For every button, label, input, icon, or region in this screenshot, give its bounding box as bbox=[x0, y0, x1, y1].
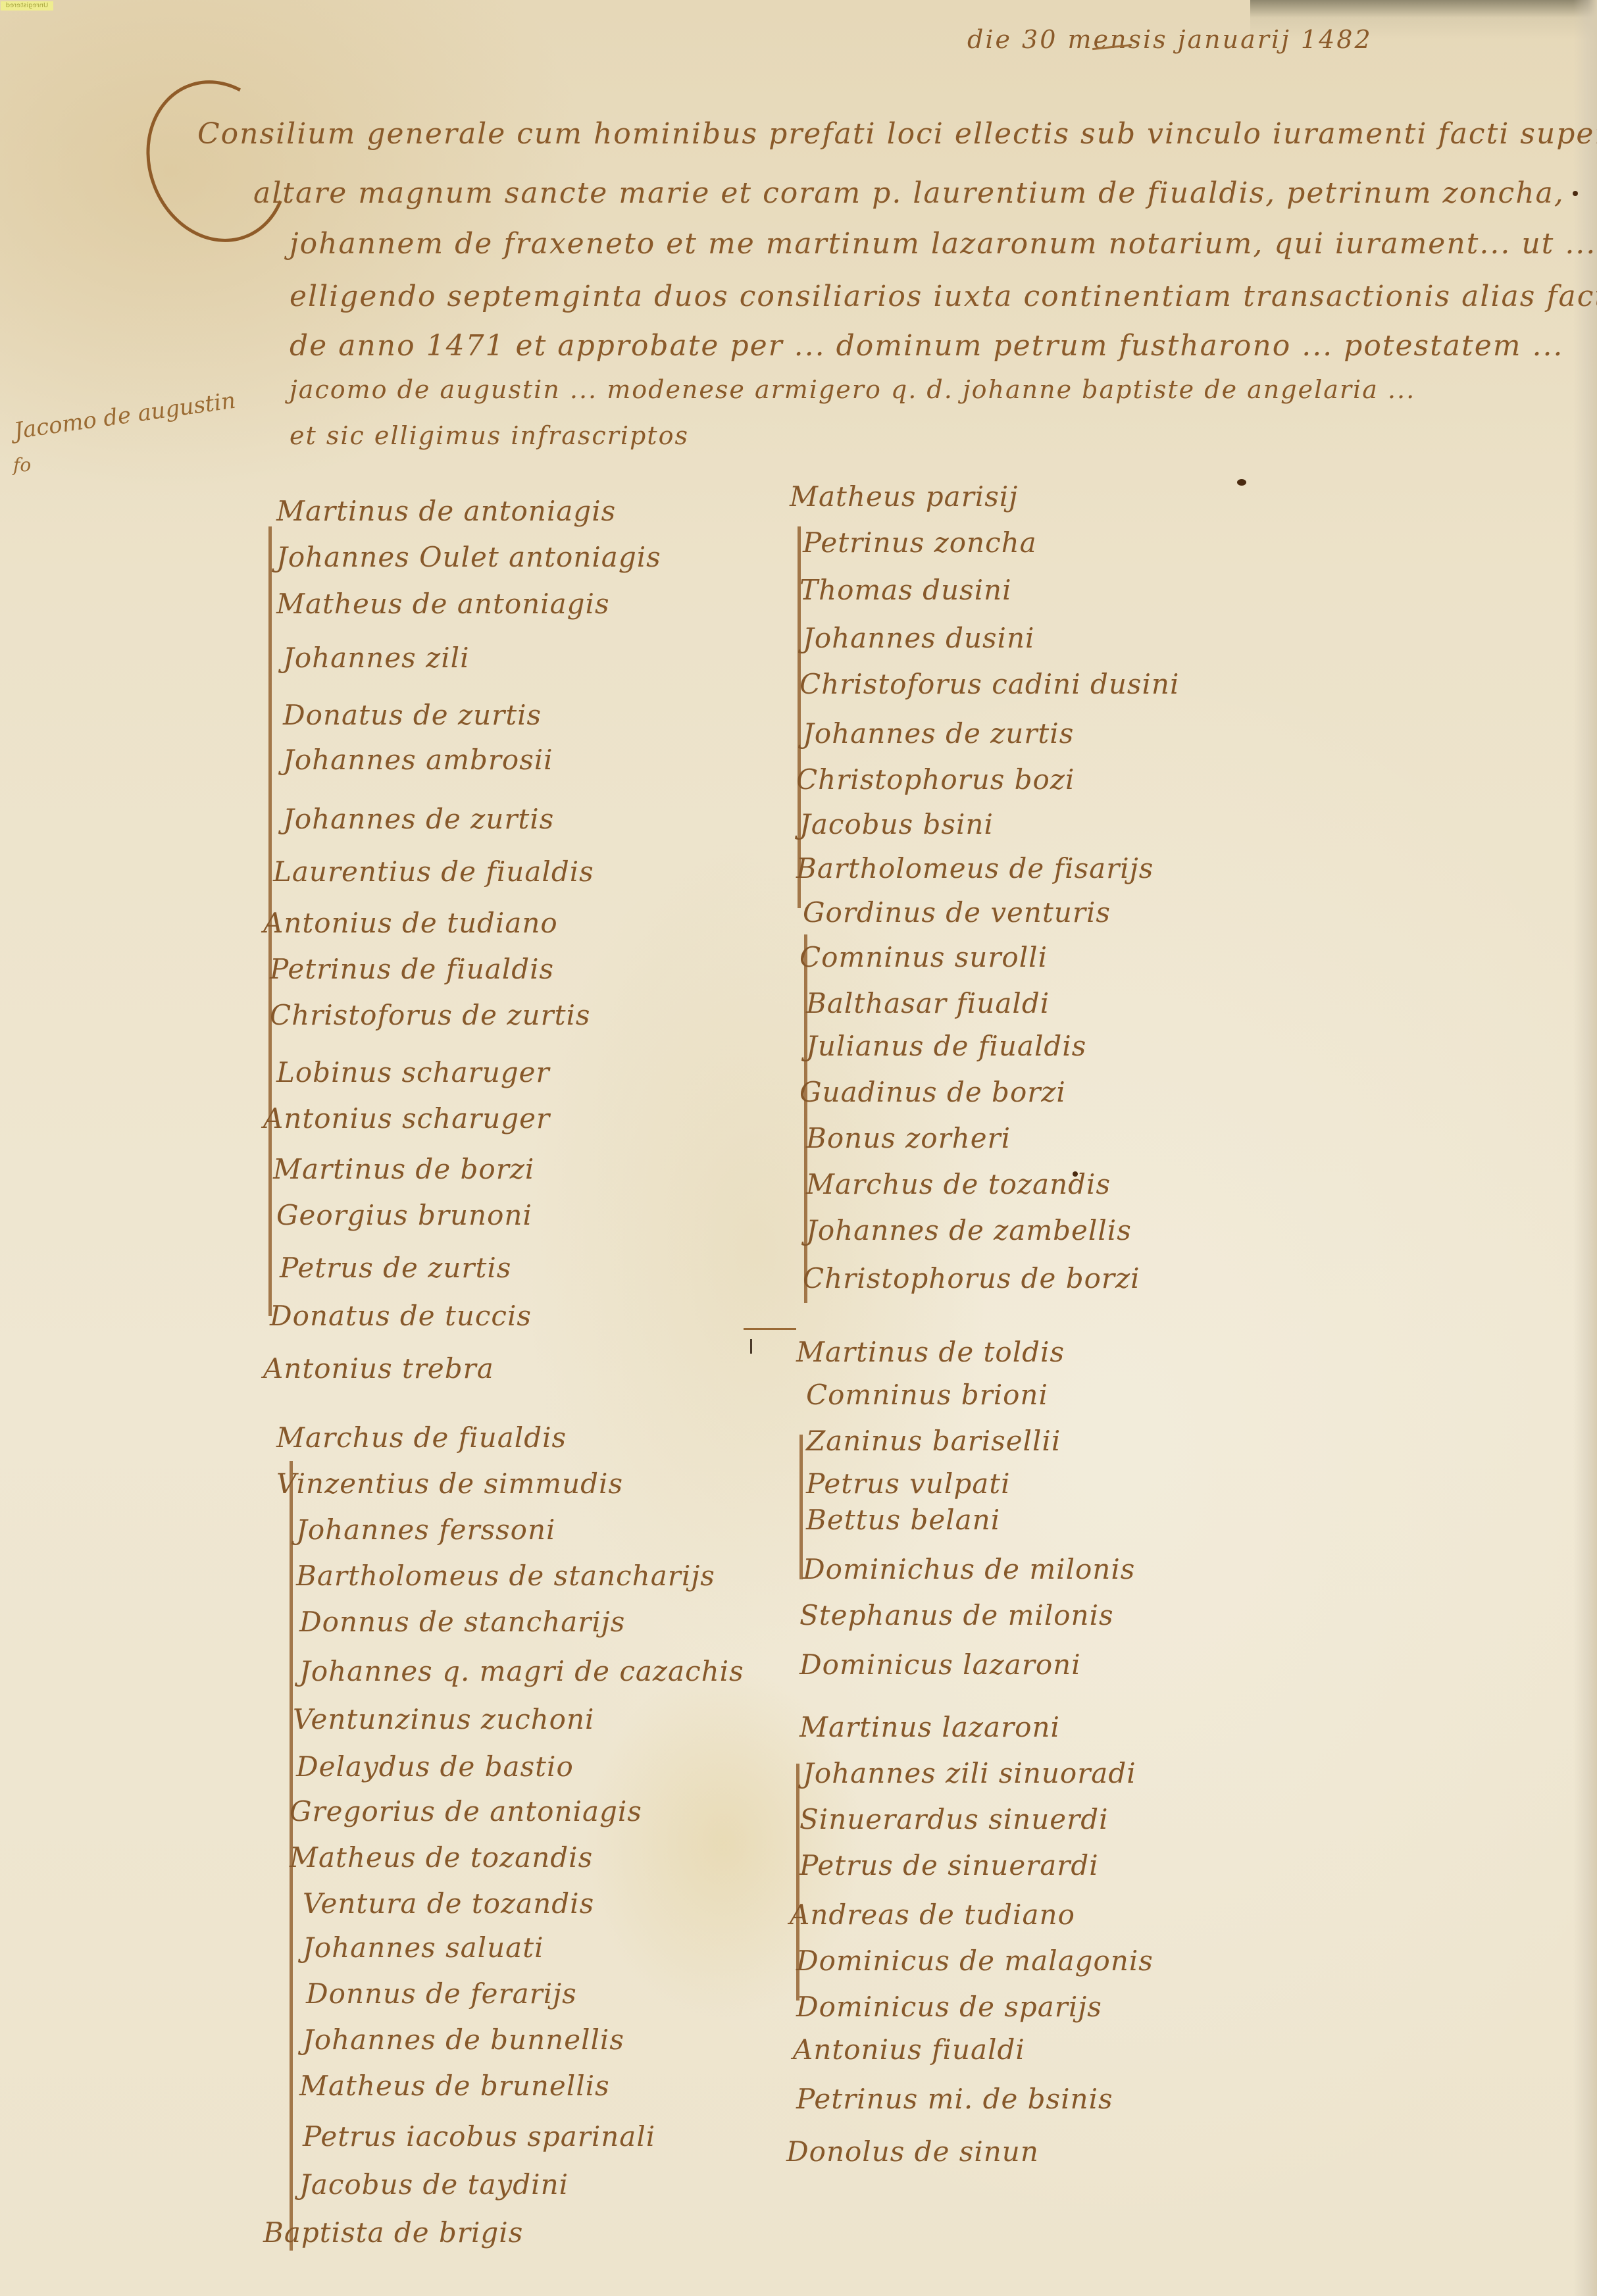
left-name-29: Johannes saluati bbox=[303, 1931, 544, 1964]
left-name-8: Laurentius de fiualdis bbox=[273, 855, 594, 888]
right-name-18: Christophorus de borzi bbox=[803, 1262, 1140, 1294]
right2-name-8: Dominicus lazaroni bbox=[799, 1648, 1081, 1681]
left-name-23: Johannes q. magri de cazachis bbox=[299, 1655, 744, 1687]
left-name-1: Martinus de antoniagis bbox=[276, 495, 616, 527]
right2-name-1: Martinus de toldis bbox=[796, 1336, 1065, 1368]
group-separator-line bbox=[744, 1328, 796, 1330]
left-name-33: Petrus iacobus sparinali bbox=[303, 2120, 655, 2153]
right-name-9: Bartholomeus de fisarijs bbox=[796, 852, 1153, 884]
right-name-17: Johannes de zambellis bbox=[806, 1214, 1132, 1246]
left-name-26: Gregorius de antoniagis bbox=[290, 1795, 642, 1827]
left-name-5: Donatus de zurtis bbox=[283, 699, 542, 731]
left-name-12: Lobinus scharuger bbox=[276, 1056, 550, 1088]
left-name-17: Antonius trebra bbox=[263, 1352, 494, 1385]
left-name-32: Matheus de brunellis bbox=[299, 2070, 610, 2102]
margin-folio-mark: fo bbox=[13, 454, 31, 476]
left-name-15: Petrus de zurtis bbox=[280, 1252, 511, 1284]
right2-name-7: Stephanus de milonis bbox=[799, 1599, 1114, 1631]
separator-tick-mark bbox=[750, 1339, 752, 1354]
right2-name-17: Petrinus mi. de bsinis bbox=[796, 2083, 1113, 2115]
right2-name-18: Donolus de sinun bbox=[786, 2135, 1039, 2168]
right2-name-3: Zaninus barisellii bbox=[806, 1425, 1061, 1457]
left-name-25: Delaydus de bastio bbox=[296, 1750, 574, 1783]
right2-name-2: Comninus brioni bbox=[806, 1379, 1048, 1411]
right2-name-9: Martinus lazaroni bbox=[799, 1711, 1060, 1743]
left-name-10: Petrinus de fiualdis bbox=[270, 953, 554, 985]
paper-edge-right bbox=[1573, 0, 1597, 2296]
right-name-7: Christophorus bozi bbox=[796, 763, 1075, 796]
left-name-4: Johannes zili bbox=[283, 642, 470, 674]
right2-name-16: Antonius fiualdi bbox=[793, 2033, 1025, 2066]
ink-blot bbox=[1237, 479, 1246, 486]
left-name-27: Matheus de tozandis bbox=[290, 1841, 593, 1874]
unregistered-watermark: Unregistered bbox=[1, 1, 53, 11]
right-name-11: Comninus surolli bbox=[799, 941, 1048, 973]
left-name-28: Ventura de tozandis bbox=[303, 1887, 594, 1920]
right2-name-11: Sinuerardus sinuerdi bbox=[799, 1803, 1109, 1835]
right-name-8: Jacobus bsini bbox=[799, 808, 994, 840]
left-name-13b: Martinus de borzi bbox=[273, 1153, 534, 1185]
left-name-16: Donatus de tuccis bbox=[270, 1300, 532, 1332]
right-name-1: Matheus parisij bbox=[790, 480, 1018, 513]
left-name-21: Bartholomeus de stancharijs bbox=[296, 1560, 715, 1592]
right-name-4: Johannes dusini bbox=[803, 622, 1034, 654]
left-name-7: Johannes de zurtis bbox=[283, 803, 554, 835]
header-line-4: elligendo septemginta duos consiliarios … bbox=[290, 280, 1597, 313]
right2-name-6: Dominichus de milonis bbox=[803, 1553, 1135, 1585]
right-name-14: Guadinus de borzi bbox=[799, 1076, 1066, 1108]
left-name-3: Matheus de antoniagis bbox=[276, 588, 610, 620]
ink-dot bbox=[1073, 1171, 1078, 1177]
left-name-30: Donnus de ferarijs bbox=[306, 1977, 577, 2010]
right2-name-4: Petrus vulpati bbox=[806, 1467, 1011, 1500]
header-line-6: jacomo de augustin ... modenese armigero… bbox=[290, 375, 1415, 404]
header-line-3: johannem de fraxeneto et me martinum laz… bbox=[290, 227, 1597, 261]
right2-name-5: Bettus belani bbox=[806, 1504, 1000, 1536]
right-name-13: Julianus de fiualdis bbox=[806, 1030, 1086, 1062]
left-name-6: Johannes ambrosii bbox=[283, 744, 553, 776]
header-line-2: altare magnum sancte marie et coram p. l… bbox=[253, 176, 1565, 210]
right2-name-14: Dominicus de malagonis bbox=[796, 1945, 1153, 1977]
right-name-12: Balthasar fiualdi bbox=[806, 987, 1050, 1019]
right2-name-15: Dominicus de sparijs bbox=[796, 1991, 1102, 2023]
decorated-initial-c bbox=[124, 61, 311, 263]
right-name-2: Petrinus zoncha bbox=[803, 526, 1037, 559]
left-name-14: Georgius brunoni bbox=[276, 1199, 532, 1231]
date-line: die 30 mensis januarij 1482 bbox=[967, 25, 1373, 54]
right2-name-13: Andreas de tudiano bbox=[790, 1899, 1075, 1931]
left-name-9: Antonius de tudiano bbox=[263, 907, 558, 939]
right-name-6: Johannes de zurtis bbox=[803, 717, 1074, 750]
header-line-5: de anno 1471 et approbate per ... dominu… bbox=[290, 329, 1563, 363]
left-name-24: Ventunzinus zuchoni bbox=[293, 1703, 594, 1735]
right-name-16: Marchus de tozandis bbox=[806, 1168, 1111, 1200]
left-name-13: Antonius scharuger bbox=[263, 1102, 550, 1135]
ink-dot bbox=[1573, 191, 1578, 196]
left-name-35: Baptista de brigis bbox=[263, 2216, 523, 2249]
right-name-15: Bonus zorheri bbox=[806, 1122, 1011, 1154]
left-name-2: Johannes Oulet antoniagis bbox=[276, 541, 661, 573]
left-name-31: Johannes de bunnellis bbox=[303, 2024, 624, 2056]
right-name-5: Christoforus cadini dusini bbox=[799, 668, 1179, 700]
left-name-20: Johannes ferssoni bbox=[296, 1514, 555, 1546]
left-name-19: Vinzentius de simmudis bbox=[276, 1467, 623, 1500]
left-name-22: Donnus de stancharijs bbox=[299, 1606, 625, 1638]
header-line-1: Consilium generale cum hominibus prefati… bbox=[197, 117, 1597, 151]
header-line-7: et sic elligimus infrascriptos bbox=[290, 421, 689, 450]
right2-name-12: Petrus de sinuerardi bbox=[799, 1849, 1099, 1881]
left-name-18: Marchus de fiualdis bbox=[276, 1421, 567, 1454]
margin-note: Jacomo de augustin bbox=[13, 388, 238, 445]
right2-name-10: Johannes zili sinuoradi bbox=[803, 1757, 1136, 1789]
right-name-10: Gordinus de venturis bbox=[803, 896, 1111, 929]
right-name-3: Thomas dusini bbox=[799, 574, 1012, 606]
left-name-11: Christoforus de zurtis bbox=[270, 999, 591, 1031]
manuscript-page: Unregistered die 30 mensis januarij 1482… bbox=[0, 0, 1597, 2296]
left-name-34: Jacobus de taydini bbox=[299, 2168, 569, 2201]
